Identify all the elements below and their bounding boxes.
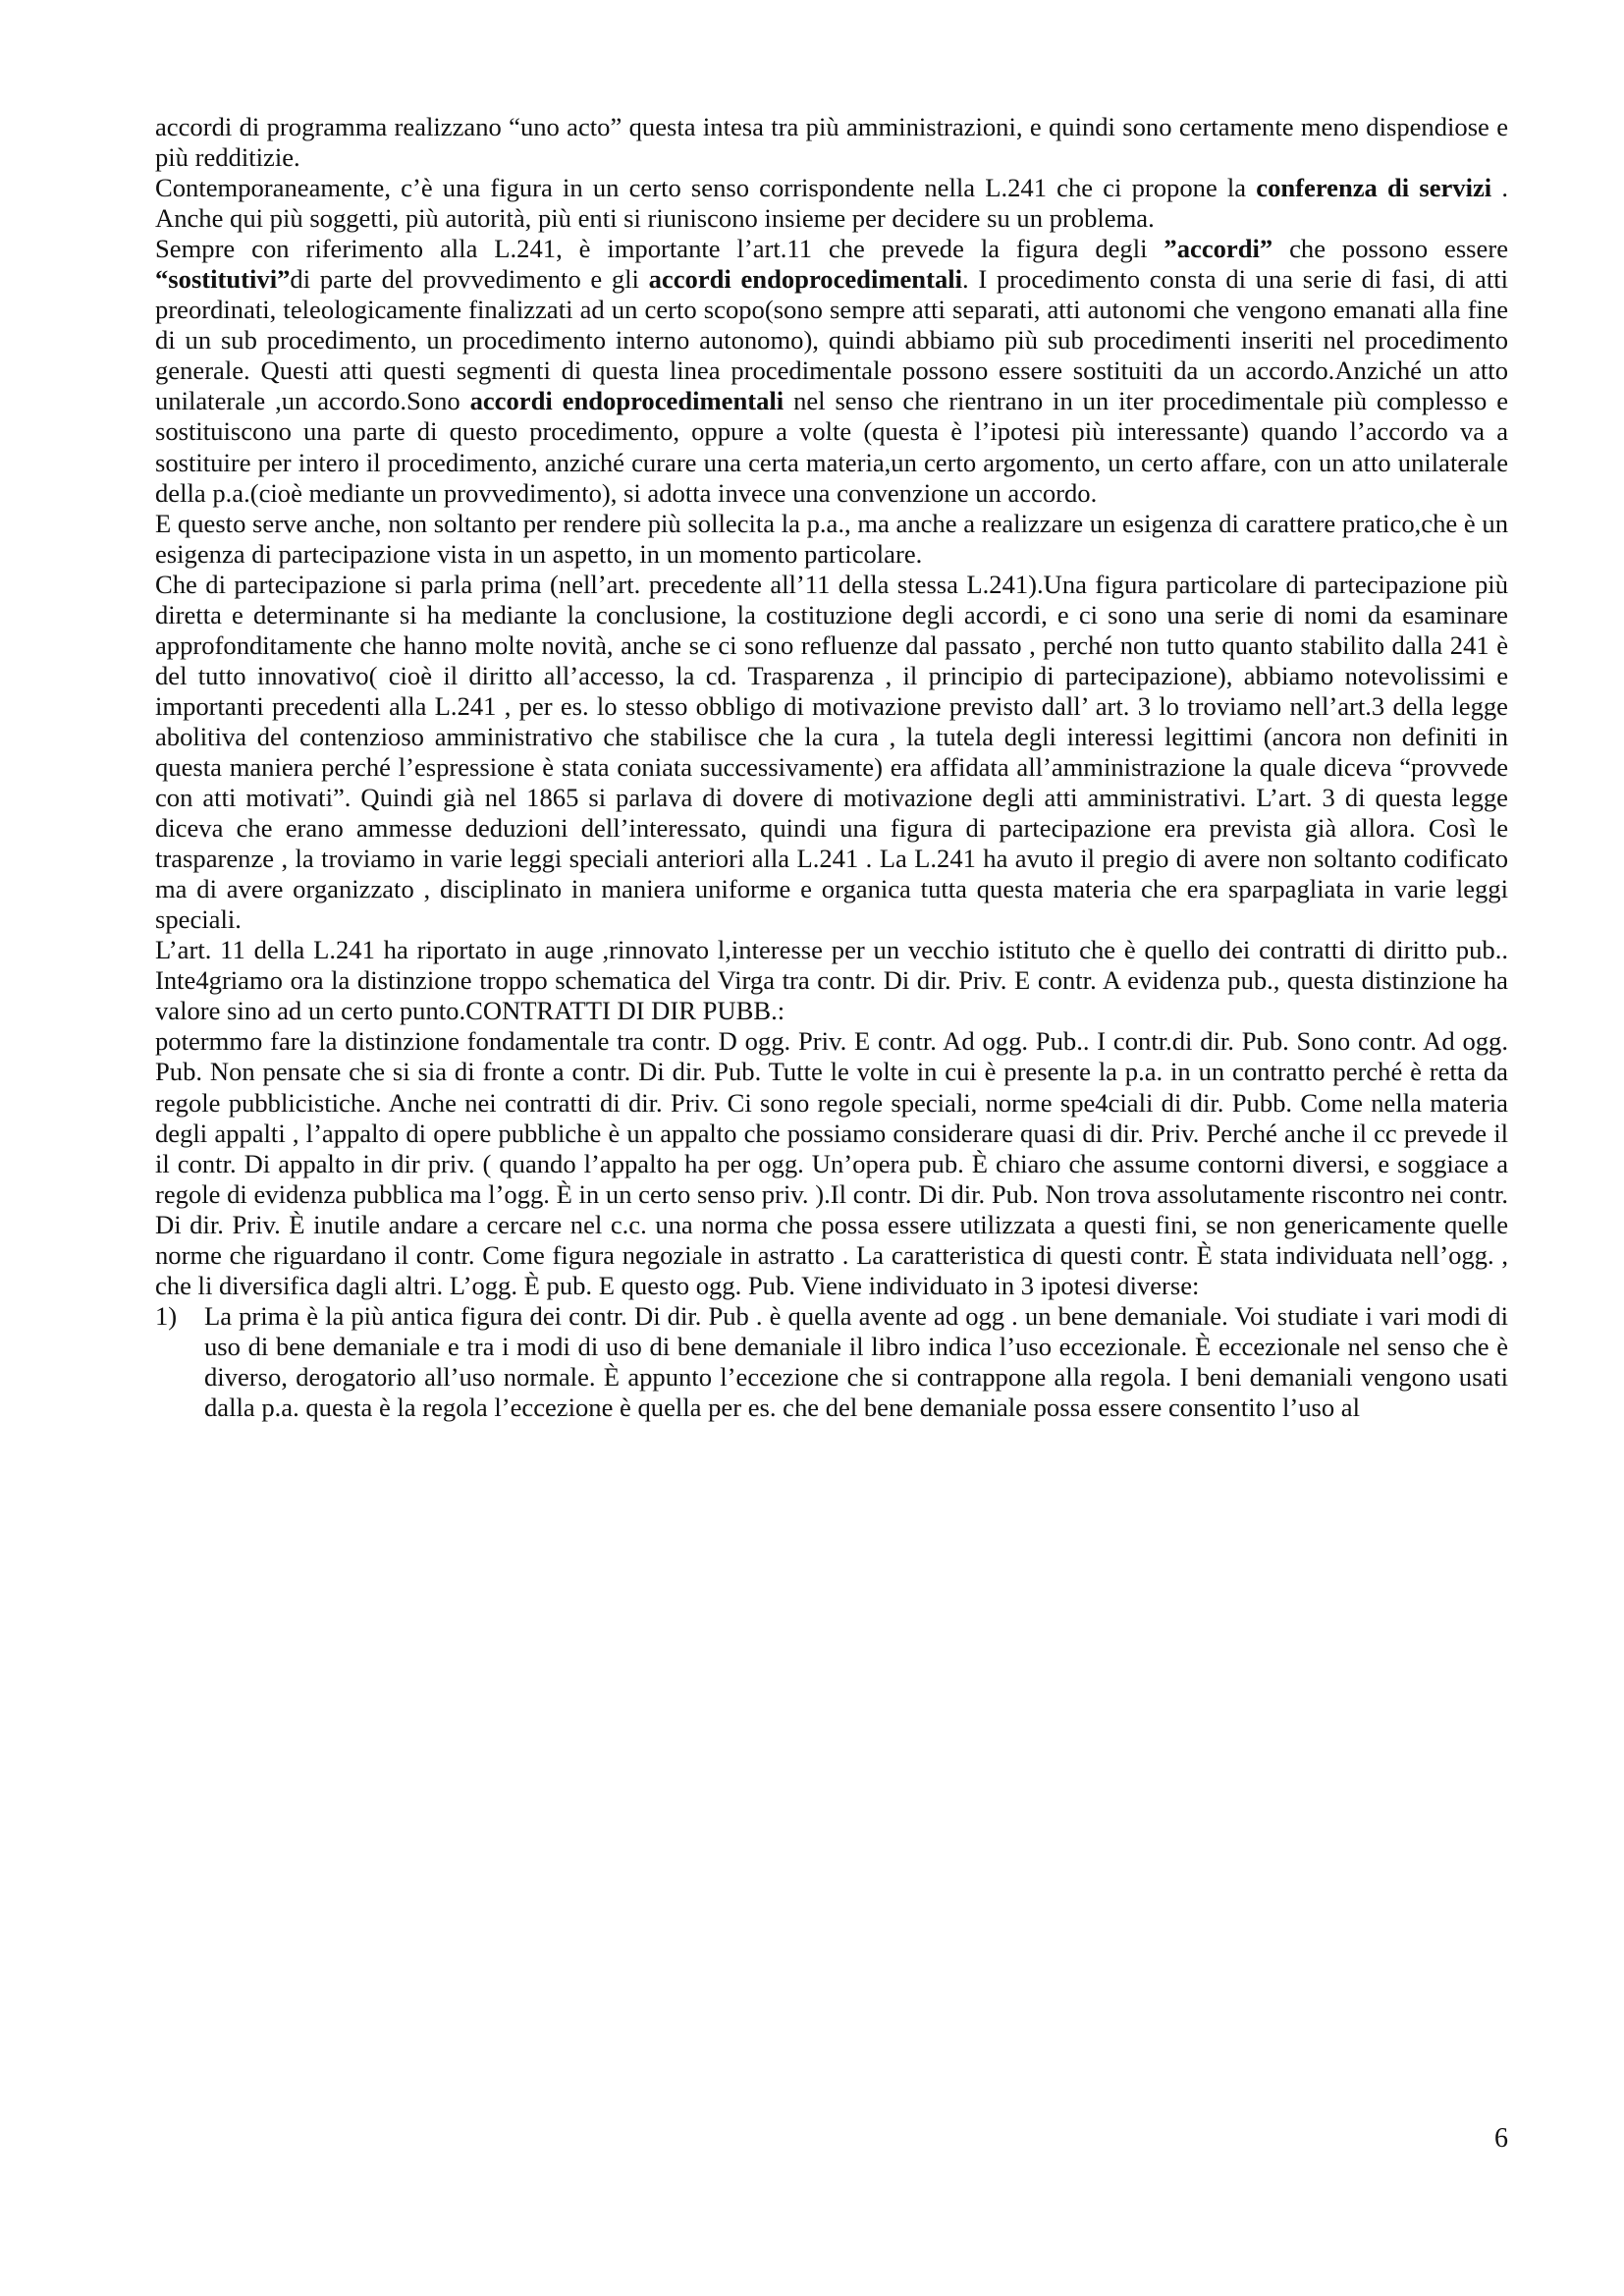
bold-term-conferenza-di-servizi: conferenza di servizi (1256, 173, 1491, 202)
paragraph-3: Sempre con riferimento alla L.241, è imp… (155, 234, 1508, 508)
paragraph-7: potermmo fare la distinzione fondamental… (155, 1026, 1508, 1300)
paragraph-text: L’art. 11 della L.241 ha riportato in au… (155, 935, 1508, 1025)
paragraph-6: L’art. 11 della L.241 ha riportato in au… (155, 935, 1508, 1026)
bold-term-accordi-endoprocedimentali: accordi endoprocedimentali (649, 264, 962, 294)
paragraph-4: E questo serve anche, non soltanto per r… (155, 509, 1508, 570)
bold-term-accordi-endoprocedimentali: accordi endoprocedimentali (470, 386, 785, 415)
paragraph-text: Contemporaneamente, c’è una figura in un… (155, 173, 1256, 202)
numbered-list: 1) La prima è la più antica figura dei c… (155, 1301, 1508, 1423)
paragraph-text: Che di partecipazione si parla prima (ne… (155, 570, 1508, 935)
document-page: accordi di programma realizzano “uno act… (155, 112, 1508, 1423)
paragraph-text: di parte del provvedimento e gli (290, 264, 648, 294)
list-item: 1) La prima è la più antica figura dei c… (155, 1301, 1508, 1423)
bold-term-sostitutivi: “sostitutivi” (155, 264, 290, 294)
bold-term-accordi: ”accordi” (1164, 234, 1272, 263)
paragraph-text: accordi di programma realizzano “uno act… (155, 112, 1508, 172)
paragraph-text: Sempre con riferimento alla L.241, è imp… (155, 234, 1164, 263)
paragraph-text: E questo serve anche, non soltanto per r… (155, 509, 1508, 569)
paragraph-5: Che di partecipazione si parla prima (ne… (155, 570, 1508, 936)
list-item-text: La prima è la più antica figura dei cont… (204, 1301, 1508, 1422)
paragraph-text: che possono essere (1272, 234, 1508, 263)
paragraph-1: accordi di programma realizzano “uno act… (155, 112, 1508, 173)
list-marker: 1) (155, 1301, 177, 1332)
paragraph-text: potermmo fare la distinzione fondamental… (155, 1026, 1508, 1299)
paragraph-2: Contemporaneamente, c’è una figura in un… (155, 173, 1508, 234)
page-number: 6 (1463, 2123, 1508, 2155)
